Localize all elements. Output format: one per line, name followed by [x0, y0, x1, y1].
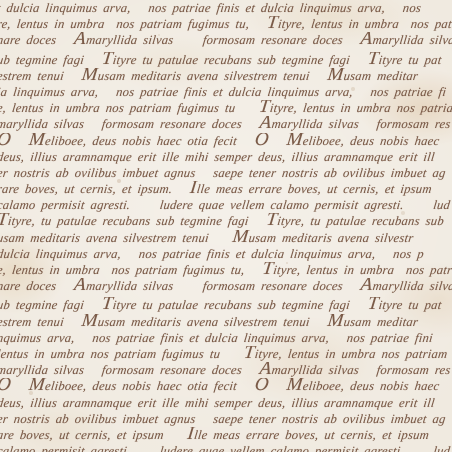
script-line: maryllida silvas formosam resonare doces… — [0, 362, 452, 378]
script-line: t dulcia linquimus arva, nos patriae fin… — [0, 0, 452, 16]
script-line: calamo permisit agresti. ludere quae vel… — [0, 197, 452, 213]
script-line: estrem tenui Musam meditaris avena silve… — [0, 68, 452, 84]
script-line: deus, illius aramnamque erit ille mihi s… — [0, 395, 452, 411]
script-line: maryllida silvas formosam resonare doces… — [0, 116, 452, 132]
script-line: rare boves, ut cernis, et ipsum. Ille me… — [0, 181, 452, 197]
script-line: usam meditaris avena silvestrem tenui Mu… — [0, 230, 452, 246]
script-line: nare doces Amaryllida silvas formosam re… — [0, 278, 452, 294]
script-line: deus, illius aramnamque erit ille mihi s… — [0, 149, 452, 165]
script-line: re, lentus in umbra nos patriam fugimus … — [0, 16, 452, 32]
script-line: O Meliboee, deus nobis haec otia fecit O… — [0, 378, 452, 394]
script-line: ub tegmine fagi Tityre tu patulae recuba… — [0, 297, 452, 313]
script-line: er nostris ab ovilibus imbuet agnus saep… — [0, 411, 452, 427]
script-line: ia linquimus arva, nos patriae finis et … — [0, 84, 452, 100]
script-line: e, lentus in umbra nos patriam fugimus t… — [0, 100, 452, 116]
script-line: Tityre, tu patulae recubans sub tegmine … — [0, 213, 452, 229]
handwriting-lines: t dulcia linquimus arva, nos patriae fin… — [0, 0, 452, 452]
script-line: are boves, ut cernis, et ipsum Ille meas… — [0, 427, 452, 443]
script-line: nquimus arva, nos patriae finis et dulci… — [0, 330, 452, 346]
script-line: calamo permisit agresti. ludere quae vel… — [0, 443, 452, 452]
script-line: er nostris ab ovilibus imbuet agnus saep… — [0, 165, 452, 181]
aged-handwritten-paper: t dulcia linquimus arva, nos patriae fin… — [0, 0, 452, 452]
script-line: estrem tenui Musam meditaris avena silve… — [0, 314, 452, 330]
script-line: O Meliboee, deus nobis haec otia fecit O… — [0, 133, 452, 149]
script-line: nare doces Amaryllida silvas formosam re… — [0, 32, 452, 48]
script-line: dulcia linquimus arva, nos patriae finis… — [0, 246, 452, 262]
script-line: ub tegmine fagi Tityre tu patulae recuba… — [0, 52, 452, 68]
script-line: e, lentus in umbra nos patriam fugimus t… — [0, 262, 452, 278]
script-line: lentus in umbra nos patriam fugimus tu T… — [0, 346, 452, 362]
